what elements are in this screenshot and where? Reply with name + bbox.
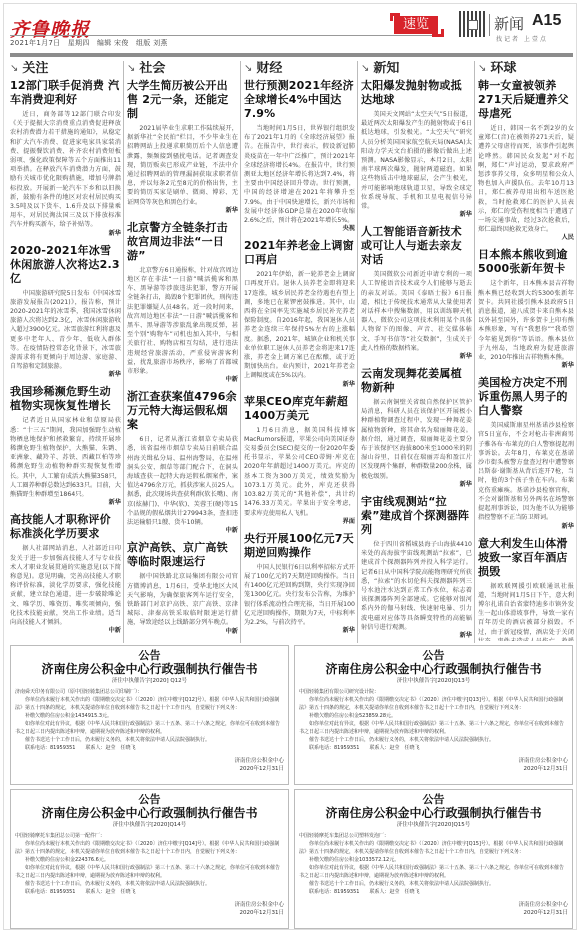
notice-date: 2020年12月31日: [299, 765, 568, 773]
article[interactable]: 12部门联手促消费 汽车消费迎利好近日，商务部等12部门联合印发《关于提振大宗消…: [10, 79, 121, 238]
newspaper-page: 齐鲁晚报 2021年1月7日 星期四 编辑 宋俊 组版 刘燕 速览 新闻 A15…: [3, 3, 577, 930]
notice-addressee: 中国轻骑摩托车集团总公司第一配件厂：: [15, 832, 284, 840]
article-body: 据人社部网站消息，人社部近日印发关于进一步加强高技能人才与专业技术人才职业发展贯…: [10, 544, 121, 627]
notice-date: 2020年12月31日: [15, 909, 284, 917]
article-title: 意大利发生山体滑坡致一家百年酒店损毁: [478, 537, 574, 579]
dateline: 2021年1月7日 星期四 编辑 宋俊 组版 刘燕: [10, 38, 168, 48]
notice-addressee: 中国轻骑摩托车集团总公司塑料发泡厂：: [299, 832, 568, 840]
column-divider: [474, 61, 475, 643]
notice-paragraph: 如你单位对此有异议，根据《中华人民共和国行政强制法》第三十五条、第三十六条之规定…: [299, 864, 568, 880]
article-source: 新华: [127, 206, 238, 215]
arrow-icon: ↘: [478, 61, 486, 77]
article[interactable]: 韩一女童被领养271天后疑遭养父母虐死近日，韩国一名不到2岁的女童郑仁(音)在被…: [478, 79, 574, 242]
column-divider: [240, 61, 241, 643]
article-source: 人民: [478, 233, 574, 242]
notice-label: 公告: [299, 793, 568, 806]
notice-contact: 联系电话：81959351 联系人：赵莹 任晓飞: [15, 744, 284, 752]
article-title: 12部门联手促消费 汽车消费迎利好: [10, 79, 121, 107]
article[interactable]: 央行开展100亿元7天期逆回购操作中国人民银行6日以利率招标方式开展了100亿元…: [244, 532, 355, 635]
article-body: 1月6日消息，据美国科技博客MacRumors报道，苹果公司向美国证券交易委员会…: [244, 426, 355, 518]
notice-paragraph: 催告书送达十个工作日后，仍未履行义务的，本机关将依法申请人民法院强制执行。: [299, 880, 568, 888]
article-body: 中国人民银行6日以利率招标方式开展了100亿元的7天期逆回购操作。当日有1400…: [244, 563, 355, 627]
qr-code-icon[interactable]: [459, 11, 485, 37]
notices-section: 公告 济南住房公积金中心行政强制执行催告书 济住中执催告字[2020] Q12号…: [10, 645, 573, 929]
column-guanzhu: ↘关注 12部门联手促消费 汽车消费迎利好近日，商务部等12部门联合印发《关于提…: [10, 61, 121, 641]
article-source: 新华: [361, 631, 472, 640]
notice-org: 济南住房公积金中心: [299, 757, 568, 765]
article-source: 新华: [244, 626, 355, 635]
article-source: 界面: [244, 517, 355, 526]
article-body: 6日，记者从浙江省烟草专卖局获悉，该省温州市烟草专卖局日前联合温州海关缉私分局、…: [127, 435, 238, 527]
article-title: 高技能人才职称评价标准淡化学历要求: [10, 513, 121, 541]
article-title: 美国检方决定不刑诉重伤黑人男子的白人警察: [478, 376, 574, 418]
article-source: 新华: [478, 522, 574, 531]
notice-title: 济南住房公积金中心行政强制执行催告书: [299, 806, 568, 821]
column-divider: [123, 61, 124, 643]
notice-doc-number: 济住中执催告字[2020]Q13号: [299, 677, 568, 685]
notice-amount: 补缴欠缴的住房公积金1434915.3元。: [15, 712, 284, 720]
article-body: 记者近日从国家林业和草原局获悉：“十三五”期间，我国加强野生动植物栖息地保护和拯…: [10, 416, 121, 499]
article[interactable]: 宇宙线观测站“拉索”建成首个探测器阵列位于四川省稻城县海子山海拔4410米处的高…: [361, 495, 472, 640]
article[interactable]: 2020-2021年冰雪休闲旅游人次将达2.3亿中国旅游研究院5日发布《中国冰雪…: [10, 244, 121, 380]
article-title: 2021年养老金上调窗口再启: [244, 239, 355, 267]
article-source: 新华: [478, 361, 574, 370]
slogan: 找记者 上壹点: [496, 34, 576, 43]
article-title: 央行开展100亿元7天期逆回购操作: [244, 532, 355, 560]
notice-label: 公告: [15, 649, 284, 662]
notice-title: 济南住房公积金中心行政强制执行催告书: [299, 662, 568, 677]
article-title: 太阳爆发抛射物或抵达地球: [361, 79, 472, 107]
notice-box[interactable]: 公告 济南住房公积金中心行政强制执行催告书 济住中执催告字[2020] Q12号…: [10, 645, 289, 785]
notice-paragraph: 你单位尚未履行本机关作出的《限期缴交决定书》（〔2020〕济住中缴字[Q12]号…: [15, 696, 284, 712]
article-source: 新华: [361, 210, 472, 219]
article-title: 韩一女童被领养271天后疑遭养父母虐死: [478, 79, 574, 121]
article-body: 2021届毕业生求职工作陆续展开，据新华社“全民拍”栏目，不少毕业生在招聘网站上…: [127, 124, 238, 207]
article-body: 据中国铁路北京局集团有限公司官方微博消息，1月6日，受华北地区大风天气影响，为确…: [127, 572, 238, 627]
column-header: ↘环球: [478, 61, 574, 77]
article-title: 我国珍稀濒危野生动植物实现恢复性增长: [10, 385, 121, 413]
article-source: 新华: [10, 498, 121, 507]
article-body: 位于四川省稻城县海子山海拔4410米处的高海拔宇宙线观测站“拉索”，已建成首个探…: [361, 540, 472, 632]
article-body: 2021年伊始，新一轮养老金上调窗口再度开启。退休人员养老金即将迎来17连涨，城…: [244, 270, 355, 380]
notice-box[interactable]: 公告 济南住房公积金中心行政强制执行催告书 济住中执催告字[2020]Q15号 …: [294, 789, 573, 929]
article-body: 据欧联网援引欧联通讯社报道，当地时间1月5日下午，意大利博尔扎诺自治省蒙特迪多市…: [478, 582, 574, 642]
notice-contact: 联系电话：81959351 联系人：赵莹 任晓飞: [299, 744, 568, 752]
article-source: 新华: [361, 480, 472, 489]
article-body: 北京警方6日通报称，针对故宫周边地区存在非法“一日游”喊活揽客和黑车、黑导游等涉…: [127, 266, 238, 376]
article[interactable]: 北京警方全链条打击故宫周边非法“一日游”北京警方6日通报称，针对故宫周边地区存在…: [127, 221, 238, 384]
notice-paragraph: 催告书送达十个工作日后，仍未履行义务的，本机关将依法申请人民法院强制执行。: [15, 736, 284, 744]
article[interactable]: 太阳爆发抛射物或抵达地球美国天文网站“太空天气”5日报道，最近两次太阳爆发产生的…: [361, 79, 472, 219]
column-xinzhi: ↘新知 太阳爆发抛射物或抵达地球美国天文网站“太空天气”5日报道，最近两次太阳爆…: [361, 61, 472, 641]
section-banner: 速览: [386, 11, 446, 37]
masthead-rule: [10, 35, 435, 36]
notice-addressee: 中国轻骑集团有限公司研究设计院：: [299, 688, 568, 696]
article-source: 中新: [10, 626, 121, 635]
article[interactable]: 云南发现舞花姜属植物新种据云南铜壁关省级自然保护区管护局消息，科研人员在该保护区…: [361, 367, 472, 489]
arrow-icon: ↘: [10, 61, 18, 77]
column-huanqiu: ↘环球 韩一女童被领养271天后疑遭养父母虐死近日，韩国一名不到2岁的女童郑仁(…: [478, 61, 574, 641]
page-number: A15: [532, 12, 561, 30]
notice-paragraph: 你单位尚未履行本机关作出的《限期缴交决定书》（〔2020〕济住中缴字[Q15]号…: [299, 840, 568, 856]
article-source: 央视: [244, 224, 355, 233]
article-body: 近日，商务部等12部门联合印发《关于提振大宗消费重点消费促进释放农村消费潜力若干…: [10, 110, 121, 230]
notice-paragraph: 如你单位对此有异议，根据《中华人民共和国行政强制法》第三十五条、第三十六条之规定…: [15, 864, 284, 880]
article-source: 中新: [127, 627, 238, 636]
banner-label: 速览: [394, 16, 438, 34]
arrow-icon: ↘: [244, 61, 252, 77]
notice-date: 2020年12月31日: [15, 765, 284, 773]
article[interactable]: 苹果CEO库克年薪超1400万美元1月6日消息，据美国科技博客MacRumors…: [244, 395, 355, 526]
article-title: 北京警方全链条打击故宫周边非法“一日游”: [127, 221, 238, 263]
article[interactable]: 日本熊本熊收到逾5000张新年贺卡这个新年，日本熊本县吉祥物熊本熊已经收到大约5…: [478, 248, 574, 370]
article-body: 这个新年，日本熊本县吉祥物熊本熊已经收到大约5300张新年贺卡。共同社援引熊本县…: [478, 279, 574, 362]
article-title: 人工智能语音新技术或可让人与逝去亲友对话: [361, 225, 472, 267]
article[interactable]: 大学生简历被公开出售 2元一条，还能定制2021届毕业生求职工作陆续展开，据新华…: [127, 79, 238, 215]
article-source: 新华: [244, 380, 355, 389]
notice-amount: 补缴欠缴的住房公积金1033572.12元。: [299, 856, 568, 864]
bracket-decoration: [390, 13, 393, 21]
section-name: 新闻: [494, 13, 524, 34]
article-source: 中新: [127, 526, 238, 535]
article-body: 据云南铜壁关省级自然保护区管护局消息，科研人员在该保护区开展极小种群植物调查过程…: [361, 398, 472, 481]
article-title: 浙江查获案值4796余万元特大海运假私烟案: [127, 390, 238, 432]
header-bar: [10, 53, 573, 57]
notice-paragraph: 你单位尚未履行本机关作出的《限期缴交决定书》（〔2020〕济住中缴字[Q13]号…: [299, 696, 568, 712]
article-title: 苹果CEO库克年薪超1400万美元: [244, 395, 355, 423]
article[interactable]: 我国珍稀濒危野生动植物实现恢复性增长记者近日从国家林业和草原局获悉：“十三五”期…: [10, 385, 121, 507]
article-title: 2020-2021年冰雪休闲旅游人次将达2.3亿: [10, 244, 121, 286]
article-title: 宇宙线观测站“拉索”建成首个探测器阵列: [361, 495, 472, 537]
article[interactable]: 高技能人才职称评价标准淡化学历要求据人社部网站消息，人社部近日印发关于进一步加强…: [10, 513, 121, 635]
column-header: ↘社会: [127, 61, 238, 77]
notice-contact: 联系电话：81959351 联系人：赵莹 任晓飞: [15, 888, 284, 896]
notice-paragraph: 催告书送达十个工作日后，仍未履行义务的，本机关将依法申请人民法院强制执行。: [299, 736, 568, 744]
article-source: 中新: [127, 375, 238, 384]
bracket-decoration: [441, 29, 444, 37]
article-title: 日本熊本熊收到逾5000张新年贺卡: [478, 248, 574, 276]
notice-label: 公告: [15, 793, 284, 806]
notice-paragraph: 催告书送达十个工作日后，仍未履行义务的，本机关将依法申请人民法院强制执行。: [15, 880, 284, 888]
arrow-icon: ↘: [127, 61, 135, 77]
notice-title: 济南住房公积金中心行政强制执行催告书: [15, 806, 284, 821]
notice-doc-number: 济住中执催告字[2020]Q14号: [15, 821, 284, 829]
article-body: 当地时间1月5日，世界银行组织发布了2021年1月的《全球经济展望》报告。在报告…: [244, 124, 355, 225]
article-body: 美国微软公司新近申请专利的一项人工智能语音技术或令人们能够与逝去的亲友对话。美国…: [361, 270, 472, 353]
notice-contact: 联系电话：81959351 联系人：赵莹 任晓飞: [299, 888, 568, 896]
article[interactable]: 京沪高铁、京广高铁等临时限速运行据中国铁路北京局集团有限公司官方微博消息，1月6…: [127, 541, 238, 635]
notice-paragraph: 如你单位对此有异议，根据《中华人民共和国行政强制法》第三十五条、第三十六条之规定…: [15, 720, 284, 736]
article-title: 大学生简历被公开出售 2元一条，还能定制: [127, 79, 238, 121]
article-source: 新华: [361, 352, 472, 361]
notice-date: 2020年12月31日: [299, 909, 568, 917]
article-title: 云南发现舞花姜属植物新种: [361, 367, 472, 395]
article[interactable]: 世行预测2021年经济全球增长4%中国达7.9%当地时间1月5日，世界银行组织发…: [244, 79, 355, 233]
notice-box[interactable]: 公告 济南住房公积金中心行政强制执行催告书 济住中执催告字[2020]Q14号 …: [10, 789, 289, 929]
article-body: 美国威斯康星州基诺沙县检察官5日宣布，不会对枪击非洲裔男子雅各布·布莱克的白人警…: [478, 421, 574, 522]
column-header: ↘关注: [10, 61, 121, 77]
divider: [489, 14, 490, 36]
article[interactable]: 浙江查获案值4796余万元特大海运假私烟案6日，记者从浙江省烟草专卖局获悉，该省…: [127, 390, 238, 535]
notice-amount: 补缴欠缴的住房公积金224376.6元。: [15, 856, 284, 864]
column-header: ↘财经: [244, 61, 355, 77]
notice-amount: 补缴欠缴的住房公积金523859.28元。: [299, 712, 568, 720]
column-divider: [357, 61, 358, 643]
notice-title: 济南住房公积金中心行政强制执行催告书: [15, 662, 284, 677]
column-caijing: ↘财经 世行预测2021年经济全球增长4%中国达7.9%当地时间1月5日，世界银…: [244, 61, 355, 641]
notice-paragraph: 你单位尚未履行本机关作出的《限期缴交决定书》（〔2020〕济住中缴字[Q14]号…: [15, 840, 284, 856]
notice-doc-number: 济住中执催告字[2020]Q15号: [299, 821, 568, 829]
arrow-icon: ↘: [361, 61, 369, 77]
notice-paragraph: 如你单位对此有异议，根据《中华人民共和国行政强制法》第三十五条、第三十六条之规定…: [299, 720, 568, 736]
notice-addressee: 济南舜天印务有限公司（原中国轻骑集团总公司印刷厂）：: [15, 688, 284, 696]
article-body: 近日，韩国一名不到2岁的女童郑仁(音)在被领养271天后，疑遭养父母虐待而死，该…: [478, 124, 574, 234]
article[interactable]: 人工智能语音新技术或可让人与逝去亲友对话美国微软公司新近申请专利的一项人工智能语…: [361, 225, 472, 361]
notice-doc-number: 济住中执催告字[2020] Q12号: [15, 677, 284, 685]
column-header: ↘新知: [361, 61, 472, 77]
notice-org: 济南住房公积金中心: [15, 901, 284, 909]
article[interactable]: 美国检方决定不刑诉重伤黑人男子的白人警察美国威斯康星州基诺沙县检察官5日宣布，不…: [478, 376, 574, 530]
article-body: 美国天文网站“太空天气”5日报道，最近两次太阳爆发产生的抛射物或于6日抵达地球，…: [361, 110, 472, 211]
article-title: 京沪高铁、京广高铁等临时限速运行: [127, 541, 238, 569]
masthead: 齐鲁晚报 2021年1月7日 星期四 编辑 宋俊 组版 刘燕 速览 新闻 A15…: [4, 4, 578, 54]
notice-box[interactable]: 公告 济南住房公积金中心行政强制执行催告书 济住中执催告字[2020]Q13号 …: [294, 645, 573, 785]
article[interactable]: 2021年养老金上调窗口再启2021年伊始，新一轮养老金上调窗口再度开启。退休人…: [244, 239, 355, 388]
article-source: 新华: [10, 229, 121, 238]
article-source: 新华: [10, 370, 121, 379]
article[interactable]: 意大利发生山体滑坡致一家百年酒店损毁据欧联网援引欧联通讯社报道，当地时间1月5日…: [478, 537, 574, 642]
notice-label: 公告: [299, 649, 568, 662]
notice-org: 济南住房公积金中心: [15, 757, 284, 765]
article-title: 世行预测2021年经济全球增长4%中国达7.9%: [244, 79, 355, 121]
article-body: 中国旅游研究院5日发布《中国冰雪旅游发展报告(2021)》，报告称，预计2020…: [10, 289, 121, 372]
notice-org: 济南住房公积金中心: [299, 901, 568, 909]
column-shehui: ↘社会 大学生简历被公开出售 2元一条，还能定制2021届毕业生求职工作陆续展开…: [127, 61, 238, 641]
